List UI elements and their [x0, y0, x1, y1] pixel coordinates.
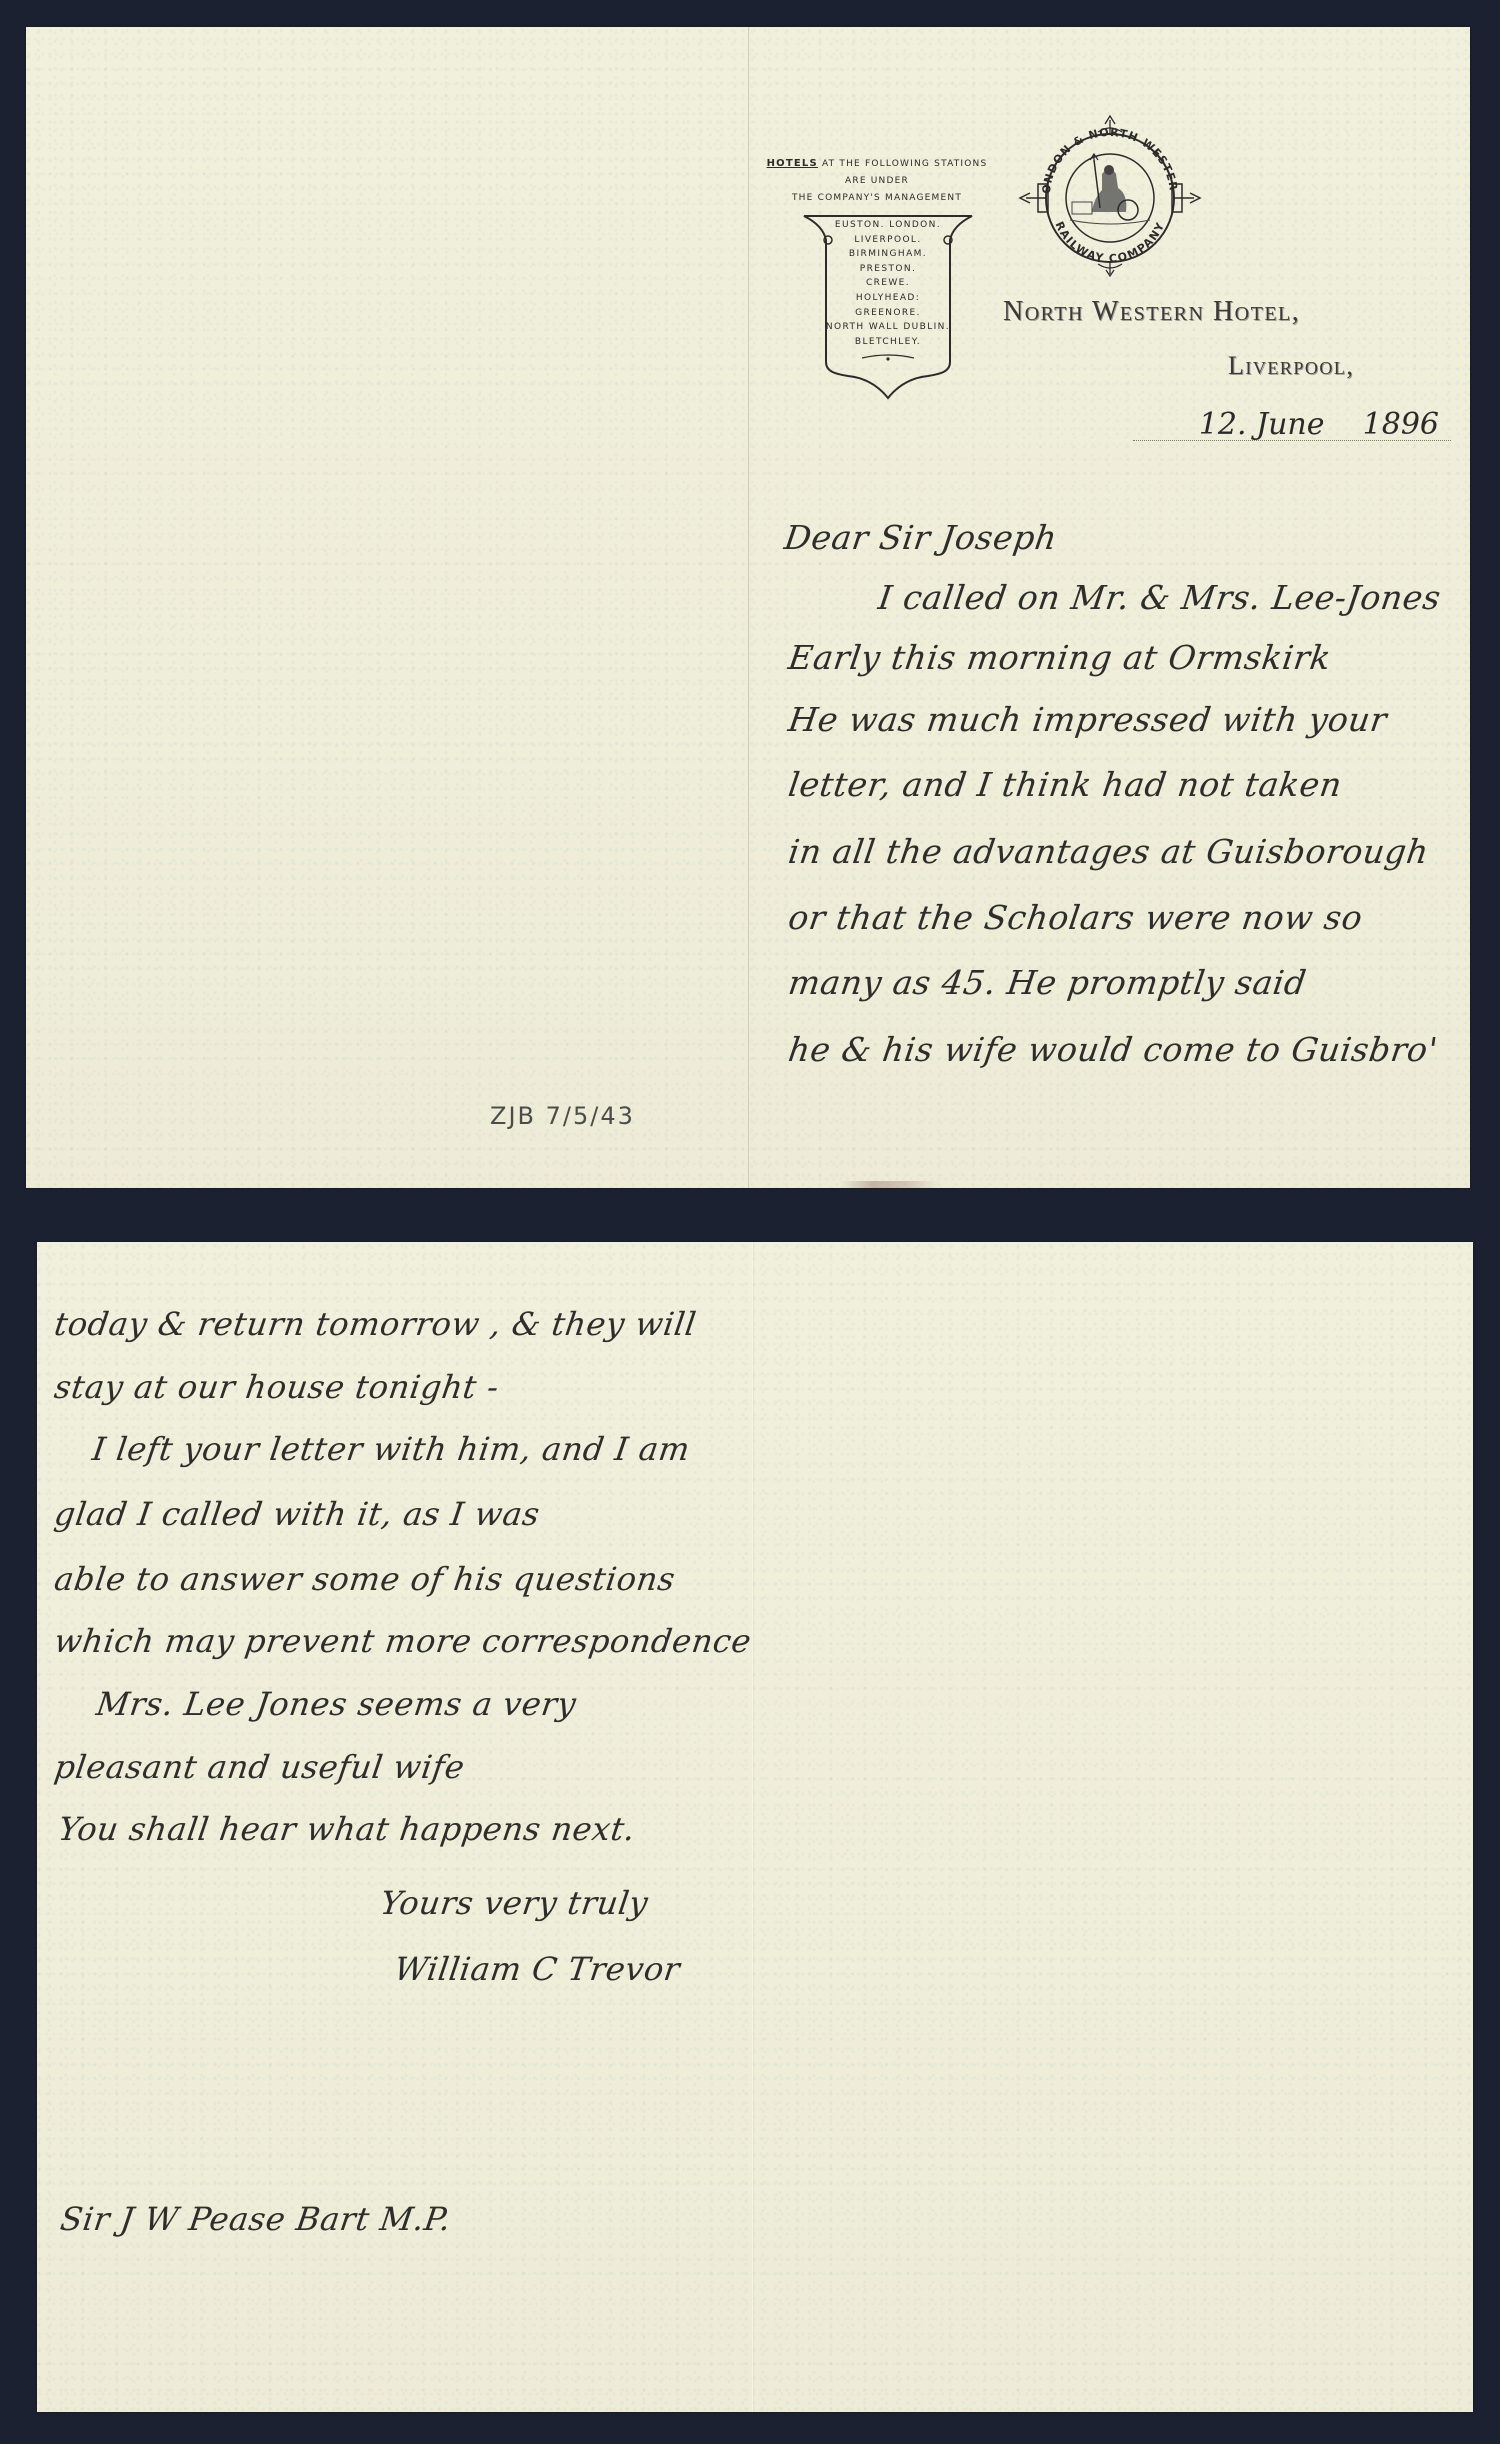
letter-line: or that the Scholars were now so [786, 898, 1365, 937]
letter-line: letter, and I think had not taken [786, 765, 1345, 804]
letter-line: pleasant and useful wife [52, 1748, 467, 1786]
closing: Yours very truly [378, 1884, 651, 1922]
hotel-name: North Western Hotel, [1003, 296, 1300, 328]
station: GREENORE. [800, 306, 976, 321]
hotels-caption-line3: THE COMPANY'S MANAGEMENT [762, 190, 992, 207]
letter-line: You shall hear what happens next. [56, 1810, 638, 1848]
hotels-caption: HOTELS AT THE FOLLOWING STATIONS ARE UND… [762, 155, 992, 207]
letter-line: glad I called with it, as I was [52, 1495, 542, 1533]
salutation: Dear Sir Joseph [782, 518, 1060, 557]
railway-company-emblem: LONDON & NORTH WESTERN RAILWAY COMPANY [1010, 104, 1210, 284]
hotels-caption-line1: HOTELS AT THE FOLLOWING STATIONS [762, 155, 992, 173]
hotel-city: Liverpool, [1228, 351, 1354, 381]
letter-line: today & return tomorrow , & they will [52, 1305, 699, 1343]
fold-line [748, 27, 750, 1188]
letter-line: Early this morning at Ormskirk [786, 638, 1334, 677]
station: HOLYHEAD: [800, 291, 976, 306]
letter-line: I left your letter with him, and I am [90, 1430, 692, 1468]
letter-line: many as 45. He promptly said [786, 963, 1309, 1002]
letter-line: He was much impressed with your [786, 700, 1390, 739]
station: PRESTON. [800, 262, 976, 277]
svg-text:LONDON & NORTH WESTERN: LONDON & NORTH WESTERN [1010, 104, 1180, 195]
paper-stain [840, 1181, 940, 1188]
letter-line: I called on Mr. & Mrs. Lee-Jones [876, 578, 1443, 617]
station: CREWE. [800, 276, 976, 291]
signature: William C Trevor [392, 1950, 683, 1988]
hotels-caption-line2: ARE UNDER [762, 173, 992, 190]
letter-line: which may prevent more correspondence [52, 1622, 754, 1660]
letter-line: he & his wife would come to Guisbro' [786, 1030, 1440, 1069]
station: BLETCHLEY. [800, 335, 976, 350]
stations-shield: EUSTON. LONDON. LIVERPOOL. BIRMINGHAM. P… [800, 212, 976, 402]
addressee: Sir J W Pease Bart M.P. [58, 2200, 454, 2238]
station: EUSTON. LONDON. [800, 218, 976, 233]
date-line: 12. June 1896 [1133, 406, 1451, 441]
station: NORTH WALL DUBLIN. [800, 320, 976, 335]
britannia-seal-icon: LONDON & NORTH WESTERN RAILWAY COMPANY [1010, 104, 1210, 284]
stations-list: EUSTON. LONDON. LIVERPOOL. BIRMINGHAM. P… [800, 218, 976, 349]
letter-line: able to answer some of his questions [52, 1560, 678, 1598]
fold-line [752, 1242, 754, 2412]
station: BIRMINGHAM. [800, 247, 976, 262]
station: LIVERPOOL. [800, 233, 976, 248]
letter-line: Mrs. Lee Jones seems a very [94, 1685, 579, 1723]
letter-date: 12. June 1896 [1199, 407, 1439, 442]
letter-line: stay at our house tonight - [52, 1368, 502, 1406]
letter-line: in all the advantages at Guisborough [786, 832, 1431, 871]
archive-reference: ZJB 7/5/43 [490, 1102, 635, 1130]
